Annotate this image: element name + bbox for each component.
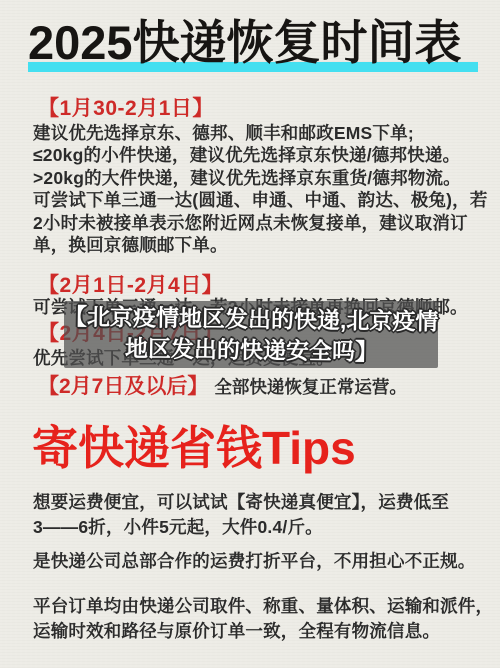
body-line: 平台订单均由快递公司取件、称重、量体积、运输和派件， [33, 594, 483, 619]
body-line: 3——6折，小件5元起，大件0.4/斤。 [33, 515, 483, 540]
schedule-section-1-body: 建议优先选择京东、德邦、顺丰和邮政EMS下单; ≤20kg的小件快递，建议优先选… [33, 122, 477, 256]
body-line: 是快递公司总部合作的运费打折平台，不用担心不正规。 [33, 549, 483, 574]
tips-paragraph-1: 想要运费便宜，可以试试【寄快递真便宜】，运费低至 3——6折，小件5元起，大件0… [33, 490, 483, 540]
tips-paragraph-3: 平台订单均由快递公司取件、称重、量体积、运输和派件， 运输时效和路径与原价订单一… [33, 594, 483, 644]
body-line: 建议优先选择京东、德邦、顺丰和邮政EMS下单; [33, 122, 477, 144]
schedule-date-feb1-feb4: 【2月1日-2月4日】 [38, 273, 223, 298]
body-line: 2小时未被接单表示您附近网点未恢复接单，建议取消订 [33, 212, 477, 234]
body-line: ≤20kg的小件快递，建议优先选择京东快递/德邦快递。 [33, 144, 477, 166]
schedule-section-4-body: 全部快递恢复正常运营。 [214, 377, 407, 397]
caption-overlay: 【北京疫情地区发出的快递,北京疫情 地区发出的快递安全吗】 [64, 301, 438, 368]
page-title: 2025快递恢复时间表 [28, 16, 488, 70]
body-line: >20kg的大件快递，建议优先选择京东重货/德邦物流。 [33, 167, 477, 189]
caption-line-1: 【北京疫情地区发出的快递,北京疫情 [64, 301, 439, 337]
body-line: 可尝试下单三通一达(圆通、申通、中通、韵达、极兔)，若 [33, 189, 477, 211]
infographic-poster: 2025快递恢复时间表 【1月30-2月1日】 建议优先选择京东、德邦、顺丰和邮… [0, 0, 500, 668]
body-line: 单，换回京德顺邮下单。 [33, 234, 477, 256]
body-line: 运输时效和路径与原价订单一致，全程有物流信息。 [33, 619, 483, 644]
tips-title: 寄快递省钱Tips [32, 420, 472, 476]
body-line: 想要运费便宜，可以试试【寄快递真便宜】，运费低至 [33, 490, 483, 515]
schedule-date-jan30-feb1: 【1月30-2月1日】 [38, 96, 214, 121]
schedule-date-feb7-onward: 【2月7日及以后】 [38, 375, 208, 398]
tips-paragraph-2: 是快递公司总部合作的运费打折平台，不用担心不正规。 [33, 549, 483, 574]
schedule-section-4-row: 【2月7日及以后】全部快递恢复正常运营。 [38, 370, 407, 400]
caption-line-2: 地区发出的快递安全吗】 [124, 333, 377, 368]
